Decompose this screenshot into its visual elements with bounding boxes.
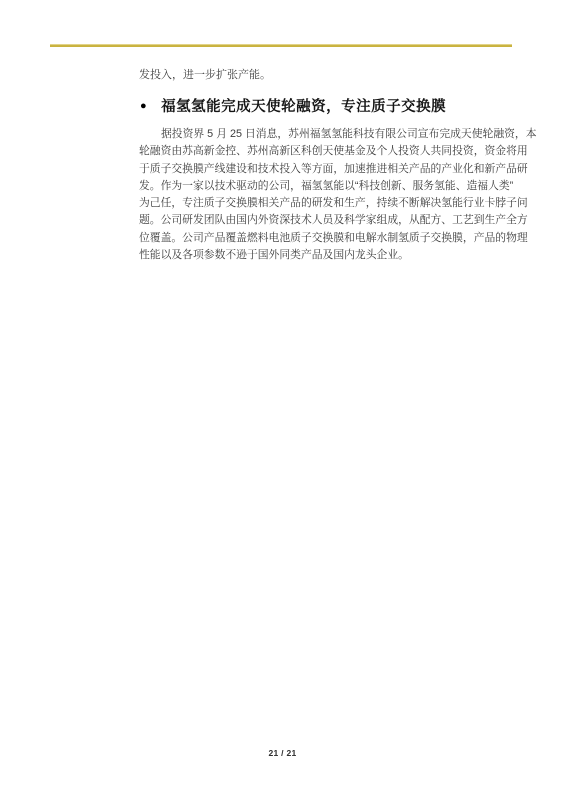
header-accent-rule — [50, 44, 512, 47]
paragraph-line: 性能以及各项参数不逊于国外同类产品及国内龙头企业。 — [139, 247, 509, 264]
list-bullet-icon: ● — [140, 101, 147, 112]
paragraph-line: 发。作为一家以技术驱动的公司，福氢氢能以“科技创新、服务氢能、造福人类” — [139, 178, 509, 195]
paragraph-line: 于质子交换膜产线建设和技术投入等方面，加速推进相关产品的产业化和新产品研 — [139, 161, 509, 178]
paragraph-line: 为己任，专注质子交换膜相关产品的研发和生产，持续不断解决氢能行业卡脖子问 — [139, 195, 509, 212]
paragraph-line: 据投资界 5 月 25 日消息，苏州福氢氢能科技有限公司宣布完成天使轮融资，本 — [139, 126, 509, 143]
paragraph-line: 题。公司研发团队由国内外资深技术人员及科学家组成，从配方、工艺到生产全方 — [139, 212, 509, 229]
body-paragraph: 据投资界 5 月 25 日消息，苏州福氢氢能科技有限公司宣布完成天使轮融资，本 … — [139, 126, 509, 264]
page-footer: 21 / 21 — [0, 743, 565, 761]
paragraph-line: 轮融资由苏高新金控、苏州高新区科创天使基金及个人投资人共同投资，资金将用 — [139, 143, 509, 160]
page-number: 21 / 21 — [268, 748, 296, 758]
document-page: 发投入，进一步扩张产能。 ● 福氢氢能完成天使轮融资，专注质子交换膜 据投资界 … — [0, 0, 565, 800]
paragraph-line: 位覆盖。公司产品覆盖燃料电池质子交换膜和电解水制氢质子交换膜，产品的物理 — [139, 230, 509, 247]
section-heading: ● 福氢氢能完成天使轮融资，专注质子交换膜 — [140, 95, 512, 116]
section-title: 福氢氢能完成天使轮融资，专注质子交换膜 — [161, 95, 446, 116]
continuation-paragraph-text: 发投入，进一步扩张产能。 — [139, 69, 509, 82]
